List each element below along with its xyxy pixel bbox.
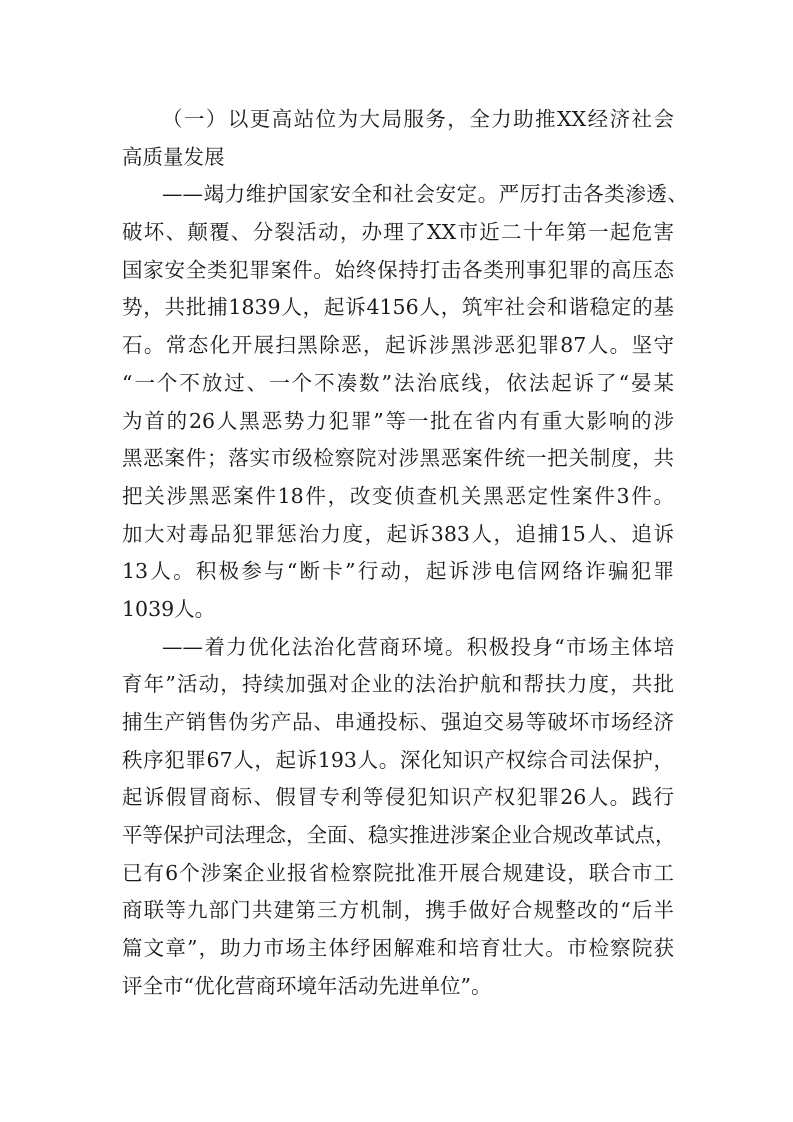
paragraph-line: 13人。积极参与“断卡”行动，起诉涉电信网络诈骗犯罪 [122,553,674,591]
paragraph-line: 1039人。 [122,591,674,629]
paragraph-line: 把关涉黑恶案件18件，改变侦查机关黑恶定性案件3件。 [122,478,674,516]
paragraph-line: ——着力优化法治化营商环境。积极投身“市场主体培 [122,629,674,667]
paragraph-line: 秩序犯罪67人，起诉193人。深化知识产权综合司法保护， [122,742,674,780]
paragraph-line: 起诉假冒商标、假冒专利等侵犯知识产权犯罪26人。践行 [122,779,674,817]
paragraph-line: 破坏、颠覆、分裂活动，办理了XX市近二十年第一起危害 [122,214,674,252]
document-page: （一）以更高站位为大局服务，全力助推XX经济社会 高质量发展 ——竭力维护国家安… [122,101,674,1006]
heading-line: 高质量发展 [122,139,674,177]
paragraph-line: 为首的26人黑恶势力犯罪”等一批在省内有重大影响的涉 [122,403,674,441]
paragraph-line: 已有6个涉案企业报省检察院批准开展合规建设，联合市工 [122,855,674,893]
paragraph-line: 商联等九部门共建第三方机制，携手做好合规整改的“后半 [122,892,674,930]
paragraph-line: 篇文章”，助力市场主体纾困解难和培育壮大。市检察院获 [122,930,674,968]
paragraph-line: 加大对毒品犯罪惩治力度，起诉383人，追捕15人、追诉 [122,516,674,554]
paragraph-line: ——竭力维护国家安全和社会安定。严厉打击各类渗透、 [122,176,688,214]
paragraph-business-environment: ——着力优化法治化营商环境。积极投身“市场主体培 育年”活动，持续加强对企业的法… [122,629,674,1006]
paragraph-national-security: ——竭力维护国家安全和社会安定。严厉打击各类渗透、 破坏、颠覆、分裂活动，办理了… [122,176,674,628]
paragraph-line: 势，共批捕1839人，起诉4156人，筑牢社会和谐稳定的基 [122,289,674,327]
heading-line: （一）以更高站位为大局服务，全力助推XX经济社会 [122,101,674,139]
paragraph-line: 国家安全类犯罪案件。始终保持打击各类刑事犯罪的高压态 [122,252,674,290]
paragraph-line: 平等保护司法理念，全面、稳实推进涉案企业合规改革试点， [122,817,674,855]
paragraph-line: 石。常态化开展扫黑除恶，起诉涉黑涉恶犯罪87人。坚守 [122,327,674,365]
paragraph-line: 评全市“优化营商环境年活动先进单位”。 [122,968,674,1006]
paragraph-line: 捕生产销售伪劣产品、串通投标、强迫交易等破坏市场经济 [122,704,674,742]
paragraph-line: 黑恶案件；落实市级检察院对涉黑恶案件统一把关制度，共 [122,440,674,478]
paragraph-line: “一个不放过、一个不凑数”法治底线，依法起诉了“晏某 [122,365,674,403]
paragraph-line: 育年”活动，持续加强对企业的法治护航和帮扶力度，共批 [122,666,674,704]
section-heading: （一）以更高站位为大局服务，全力助推XX经济社会 高质量发展 [122,101,674,176]
